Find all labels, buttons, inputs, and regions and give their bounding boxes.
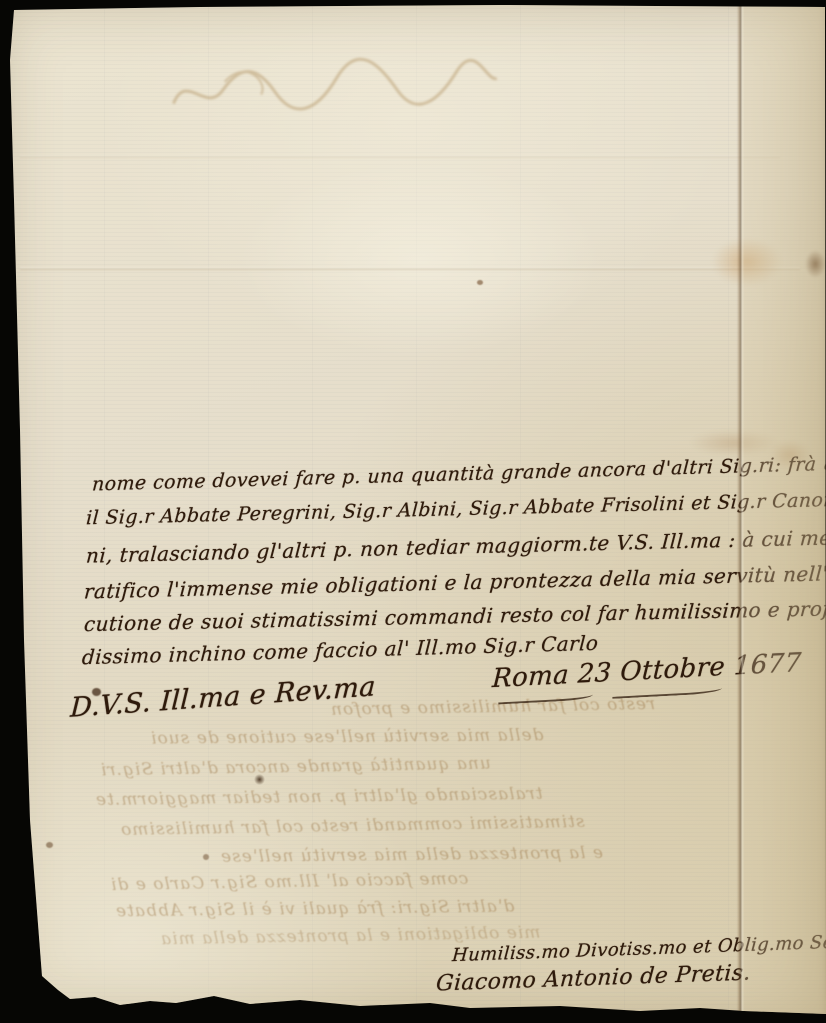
scanned-manuscript-page: { "document": { "language": "Italian", "… xyxy=(0,0,826,1023)
show-through-line: della mia servitù nell'ese cutione de su… xyxy=(150,725,544,748)
scanner-background: resto col far humilissimo e profon della… xyxy=(0,0,826,1023)
show-through-line: stimatissimi commandi resto col far humi… xyxy=(120,812,585,840)
show-through-line: tralasciando gl'altri p. non tediar magg… xyxy=(95,784,543,810)
ink-spot xyxy=(203,854,209,860)
letter-body-line: cutione de suoi stimatissimi commandi re… xyxy=(83,596,826,636)
letter-page: resto col far humilissimo e profon della… xyxy=(0,0,826,1023)
letter-body-line: nome come dovevei fare p. una quantità g… xyxy=(92,450,826,495)
folded-flap-panel xyxy=(742,6,826,1014)
letter-body-line: il Sig.r Abbate Peregrini, Sig.r Albini,… xyxy=(85,487,826,530)
letter-body-line: ni, tralasciando gl'altri p. non tediar … xyxy=(85,524,826,567)
show-through-line: d'altri Sig.ri: frà quali vi è il Sig.r … xyxy=(115,897,515,922)
horizontal-crease xyxy=(20,155,780,158)
signature: Giacomo Antonio de Pretis. xyxy=(435,960,752,996)
show-through-line: e la prontezza della mia servitù nell'es… xyxy=(220,843,603,867)
flourish-underline xyxy=(612,685,722,699)
vertical-fold-crease xyxy=(737,5,744,1014)
show-through-line: resto col far humilissimo e profon xyxy=(330,694,655,720)
show-through-line: una quantità grande ancora d'altri Sig.r… xyxy=(100,754,491,781)
faded-inscription xyxy=(164,42,507,134)
ink-spot xyxy=(477,280,483,285)
ink-spot xyxy=(46,842,53,848)
show-through-line: come faccio al' Ill.mo Sig.r Carlo e di xyxy=(110,869,469,895)
letter-body-line: ratifico l'immense mie obligationi e la … xyxy=(83,560,826,603)
horizontal-crease xyxy=(20,267,800,270)
